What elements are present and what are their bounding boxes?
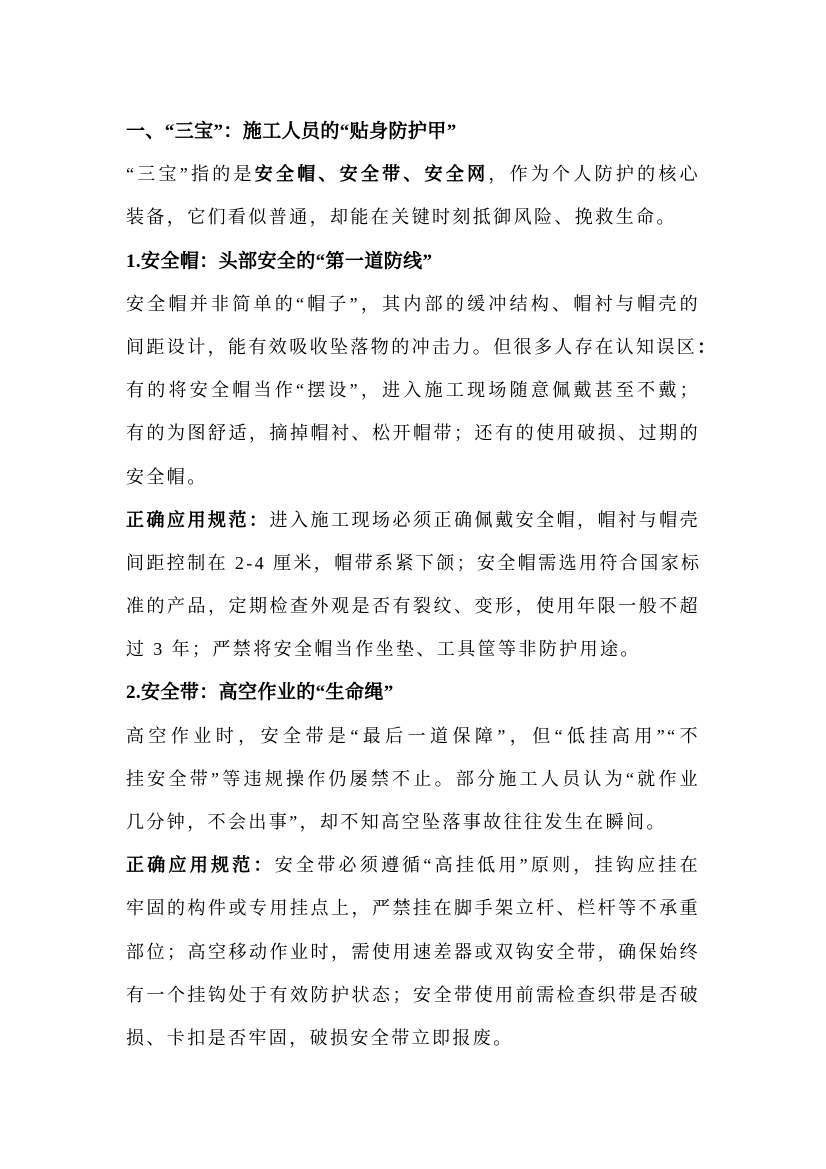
- helmet-heading: 1.安全帽：头部安全的“第一道防线”: [126, 240, 700, 283]
- intro-emphasis: 安全帽、安全带、安全网: [255, 164, 489, 184]
- intro-text: “三宝”指的是: [126, 164, 255, 184]
- belt-desc-line: 几分钟，不会出事”，却不知高空坠落事故往往发生在瞬间。: [126, 801, 700, 844]
- section-heading: 一、“三宝”：施工人员的“贴身防护甲”: [126, 110, 700, 153]
- belt-norm-line: 有一个挂钩处于有效防护状态；安全带使用前需检查织带是否破: [126, 974, 700, 1017]
- belt-norm-line: 损、卡扣是否牢固，破损安全带立即报废。: [126, 1017, 700, 1060]
- belt-desc-line: 高空作业时，安全带是“最后一道保障”，但“低挂高用”“不: [126, 715, 700, 758]
- helmet-norm-line: 正确应用规范：进入施工现场必须正确佩戴安全帽，帽衬与帽壳: [126, 499, 700, 542]
- belt-norm-text: 安全带必须遵循“高挂低用”原则，挂钩应挂在: [275, 855, 700, 875]
- intro-line-1: “三宝”指的是安全帽、安全带、安全网，作为个人防护的核心: [126, 153, 700, 196]
- belt-heading: 2.安全带：高空作业的“生命绳”: [126, 671, 700, 714]
- belt-norm-label: 正确应用规范：: [126, 855, 275, 875]
- belt-desc-line: 挂安全带”等违规操作仍屡禁不止。部分施工人员认为“就作业: [126, 758, 700, 801]
- helmet-desc-line: 安全帽。: [126, 456, 700, 499]
- helmet-norm-line: 准的产品，定期检查外观是否有裂纹、变形，使用年限一般不超: [126, 585, 700, 628]
- belt-norm-line: 正确应用规范：安全带必须遵循“高挂低用”原则，挂钩应挂在: [126, 844, 700, 887]
- belt-norm-line: 部位；高空移动作业时，需使用速差器或双钩安全带，确保始终: [126, 931, 700, 974]
- helmet-norm-line: 过 3 年；严禁将安全帽当作坐垫、工具筐等非防护用途。: [126, 628, 700, 671]
- helmet-desc-line: 间距设计，能有效吸收坠落物的冲击力。但很多人存在认知误区：: [126, 326, 700, 369]
- intro-text: ，作为个人防护的核心: [488, 164, 700, 184]
- intro-line-2: 装备，它们看似普通，却能在关键时刻抵御风险、挽救生命。: [126, 196, 700, 239]
- document-body: 一、“三宝”：施工人员的“贴身防护甲” “三宝”指的是安全帽、安全带、安全网，作…: [126, 110, 700, 1060]
- document-page: 一、“三宝”：施工人员的“贴身防护甲” “三宝”指的是安全帽、安全带、安全网，作…: [0, 0, 826, 1169]
- helmet-desc-line: 有的为图舒适，摘掉帽衬、松开帽带；还有的使用破损、过期的: [126, 412, 700, 455]
- helmet-desc-line: 安全帽并非简单的“帽子”，其内部的缓冲结构、帽衬与帽壳的: [126, 283, 700, 326]
- helmet-norm-line: 间距控制在 2-4 厘米，帽带系紧下颌；安全帽需选用符合国家标: [126, 542, 700, 585]
- helmet-norm-text: 进入施工现场必须正确佩戴安全帽，帽衬与帽壳: [270, 510, 700, 530]
- belt-norm-line: 牢固的构件或专用挂点上，严禁挂在脚手架立杆、栏杆等不承重: [126, 887, 700, 930]
- helmet-desc-text: 间距设计，能有效吸收坠落物的冲击力。但很多人存在认知误区: [126, 337, 697, 357]
- helmet-desc-line: 有的将安全帽当作“摆设”，进入施工现场随意佩戴甚至不戴；: [126, 369, 700, 412]
- helmet-norm-label: 正确应用规范：: [126, 510, 270, 530]
- helmet-desc-colon: ：: [697, 337, 717, 357]
